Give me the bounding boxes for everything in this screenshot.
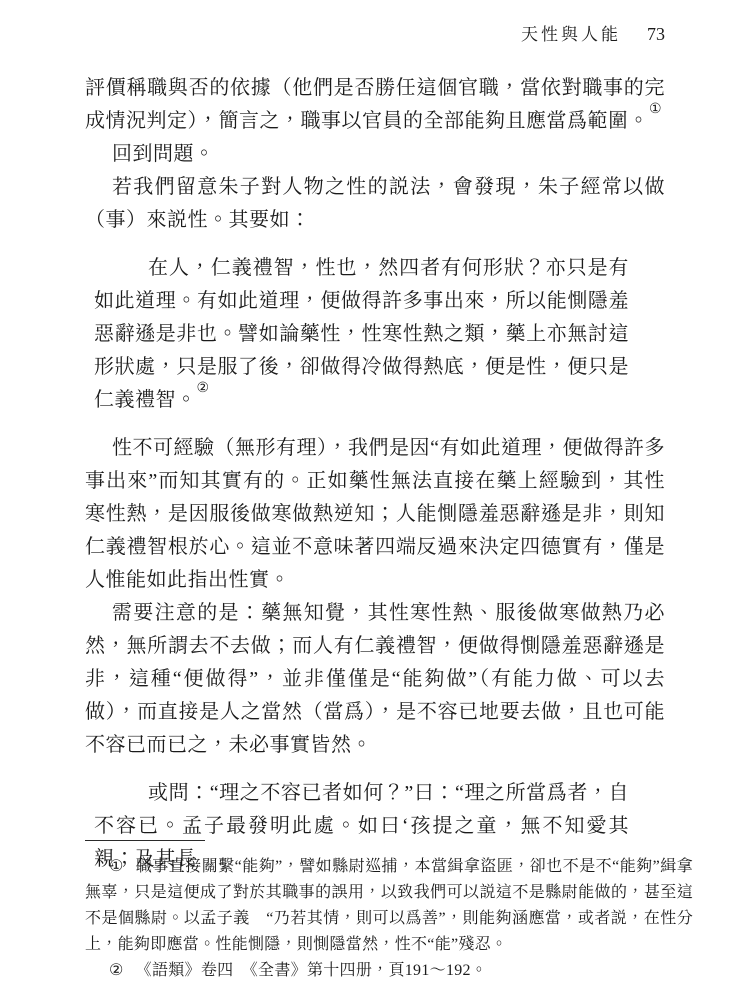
quote-text: 在人，仁義禮智，性也，然四者有何形狀？亦只是有如此道理。有如此道理，便做得許多事… [94, 257, 629, 411]
footnote-2: ②《語類》卷四 《全書》第十四册，頁191～192。 [85, 958, 693, 984]
book-page: 天性與人能73 評價稱職與否的依據（他們是否勝任這個官職，當依對職事的完成情況判… [0, 0, 750, 1000]
paragraph: 回到問題。 [85, 138, 665, 171]
page-number: 73 [647, 24, 665, 45]
footnote-section: ①職事直接關繫“能夠”，譬如縣尉巡捕，本當緝拿盜匪，卻也不是不“能夠”緝拿無辜，… [85, 840, 693, 984]
page-body: 評價稱職與否的依據（他們是否勝任這個官職，當依對職事的完成情況判定），簡言之，職… [85, 72, 665, 891]
block-quote: 在人，仁義禮智，性也，然四者有何形狀？亦只是有如此道理。有如此道理，便做得許多事… [94, 252, 629, 417]
footnote-text: 職事直接關繫“能夠”，譬如縣尉巡捕，本當緝拿盜匪，卻也不是不“能夠”緝拿無辜，只… [85, 858, 693, 953]
running-head: 天性與人能73 [85, 20, 665, 45]
paragraph-text: 評價稱職與否的依據（他們是否勝任這個官職，當依對職事的完成情況判定），簡言之，職… [85, 77, 665, 132]
paragraph: 性不可經驗（無形有理），我們是因“有如此道理，便做得許多事出來”而知其實有的。正… [85, 432, 665, 597]
footnote-ref-1: ① [649, 102, 662, 117]
running-title: 天性與人能 [521, 25, 621, 44]
paragraph: 若我們留意朱子對人物之性的説法，會發現，朱子經常以做（事）來説性。其要如： [85, 171, 665, 237]
paragraph: 需要注意的是：藥無知覺，其性寒性熱、服後做寒做熱乃必然，無所謂去不去做；而人有仁… [85, 597, 665, 762]
paragraph-continuation: 評價稱職與否的依據（他們是否勝任這個官職，當依對職事的完成情況判定），簡言之，職… [85, 72, 665, 138]
footnote-ref-2: ② [197, 381, 210, 396]
footnote-1: ①職事直接關繫“能夠”，譬如縣尉巡捕，本當緝拿盜匪，卻也不是不“能夠”緝拿無辜，… [85, 854, 693, 958]
footnote-marker: ① [109, 858, 124, 875]
footnote-text: 《語類》卷四 《全書》第十四册，頁191～192。 [136, 962, 488, 979]
footnote-marker: ② [109, 962, 124, 979]
footnote-separator [85, 840, 205, 841]
